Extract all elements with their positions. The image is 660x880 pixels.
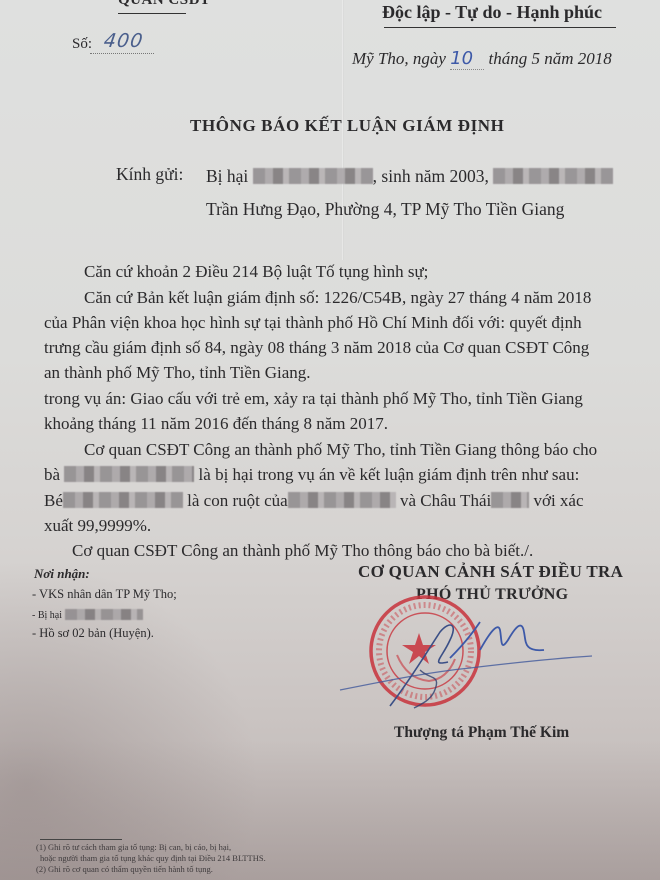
document-number-handwritten: 400 (102, 30, 144, 52)
redacted-name (253, 168, 373, 184)
recipient-birth: , sinh năm 2003, (373, 166, 489, 186)
date-day-handwritten: 10 (450, 48, 484, 70)
paragraph-closing: Cơ quan CSĐT Công an thành phố Mỹ Tho th… (72, 541, 533, 561)
recipient-line-2: Trần Hưng Đạo, Phường 4, TP Mỹ Tho Tiền … (206, 199, 564, 220)
paragraph-result-line: xuất 99,9999%. (44, 516, 151, 536)
result-text: và Châu Thái (400, 491, 491, 510)
result-text: Bé (44, 491, 63, 510)
recipient-prefix: Bị hại (206, 166, 248, 186)
date-prefix: Mỹ Tho, ngày (352, 49, 446, 68)
paragraph-case-line: khoảng tháng 11 năm 2016 đến tháng 8 năm… (44, 414, 388, 434)
receiver-text: - Bị hại (32, 610, 62, 621)
paragraph-conclusion-line: Căn cứ Bản kết luận giám định số: 1226/C… (84, 288, 591, 308)
national-motto: Độc lập - Tự do - Hạnh phúc (382, 2, 602, 23)
recipient-label: Kính gửi: (116, 164, 183, 185)
agency-name: QUAN CSĐT (118, 0, 210, 9)
footnote: (1) Ghi rõ tư cách tham gia tố tụng: Bị … (36, 842, 231, 852)
paragraph-conclusion-line: của Phân viện khoa học hình sự tại thành… (44, 313, 582, 333)
signer-name: Thượng tá Phạm Thế Kim (394, 724, 569, 742)
receiver-item: - Hồ sơ 02 bản (Huyện). (32, 626, 154, 641)
paragraph-case-line: trong vụ án: Giao cấu với trẻ em, xảy ra… (44, 389, 583, 409)
receivers-heading: Nơi nhận: (34, 566, 90, 582)
paragraph-conclusion-line: an thành phố Mỹ Tho, tỉnh Tiền Giang. (44, 363, 311, 383)
notice-prefix: bà (44, 465, 60, 484)
receiver-item: - Bị hại (32, 609, 143, 621)
paragraph-result-line: Bé là con ruột của và Châu Thái với xác (44, 491, 584, 511)
paragraph-notice-line: Cơ quan CSĐT Công an thành phố Mỹ Tho, t… (84, 440, 597, 460)
shadow (0, 560, 260, 880)
redacted-name (491, 492, 529, 508)
footnote-divider (40, 839, 122, 840)
recipient-line-1: Bị hại , sinh năm 2003, (206, 166, 613, 187)
redacted-name (64, 466, 194, 482)
motto-underline (384, 27, 616, 28)
result-text: với xác (533, 491, 583, 510)
paragraph-notice-line: bà là bị hại trong vụ án về kết luận giá… (44, 465, 579, 485)
signing-organization: CƠ QUAN CẢNH SÁT ĐIỀU TRA (358, 562, 623, 582)
footnote: (2) Ghi rõ cơ quan có thẩm quyền tiến hà… (36, 864, 213, 874)
redacted-name (63, 492, 183, 508)
document-number-label: Số: (72, 36, 92, 53)
footnote: hoặc người tham gia tố tụng khác quy địn… (40, 853, 266, 863)
redacted-name (65, 609, 143, 620)
notice-suffix: là bị hại trong vụ án về kết luận giám đ… (199, 465, 580, 484)
paragraph-conclusion-line: trưng cầu giám định số 84, ngày 08 tháng… (44, 338, 589, 358)
document-title: THÔNG BÁO KẾT LUẬN GIÁM ĐỊNH (190, 116, 505, 136)
document-date: Mỹ Tho, ngày 10 tháng 5 năm 2018 (352, 48, 612, 70)
handwritten-signature (330, 610, 600, 710)
redacted-name (288, 492, 396, 508)
agency-underline (118, 13, 186, 14)
receiver-item: - VKS nhân dân TP Mỹ Tho; (32, 587, 177, 602)
date-suffix: tháng 5 năm 2018 (488, 49, 611, 68)
number-dotted-line (90, 53, 154, 54)
paragraph-legal-basis: Căn cứ khoản 2 Điều 214 Bộ luật Tố tụng … (84, 262, 428, 282)
result-text: là con ruột của (187, 491, 288, 510)
redacted-address (493, 168, 613, 184)
